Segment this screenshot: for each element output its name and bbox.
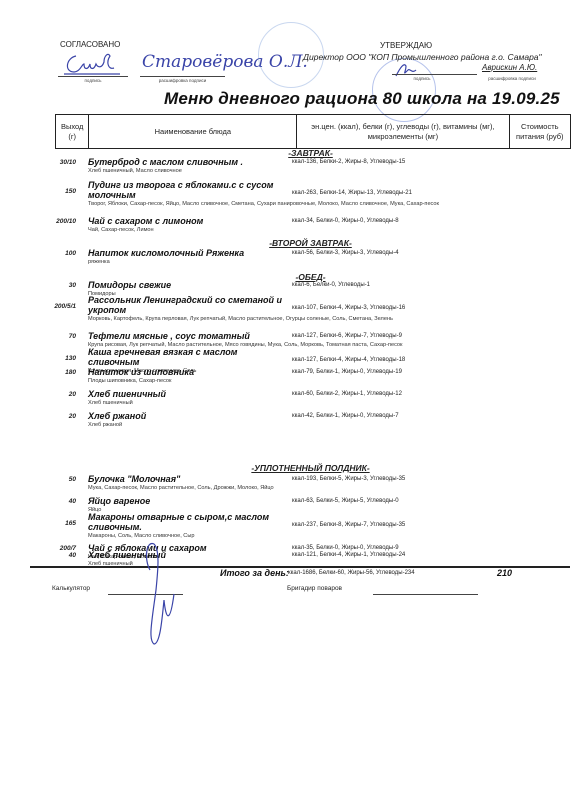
total-nutrition: ккал-1686, Белки-60, Жиры-56, Углеводы-2… <box>288 570 415 576</box>
item-nutrition: ккал-42, Белки-1, Жиры-0, Углеводы-7 <box>292 413 399 419</box>
item-nutrition: ккал-56, Белки-3, Жиры-3, Углеводы-4 <box>292 250 399 256</box>
item-dish-name: Пудинг из творога с яблоками.с с сусом м… <box>88 180 288 200</box>
item-yield: 30/10 <box>36 159 76 166</box>
item-yield: 200/5/1 <box>36 303 76 310</box>
item-yield: 50 <box>36 476 76 483</box>
approval-left-label: СОГЛАСОВАНО <box>60 40 120 49</box>
signature-right-caption: подпись <box>392 76 452 81</box>
name-left-line <box>140 76 225 77</box>
item-nutrition: ккал-121, Белки-4, Жиры-1, Углеводы-24 <box>292 552 405 558</box>
approval-right-name: Аврискин А.Ю. <box>482 63 537 72</box>
item-yield: 165 <box>36 520 76 527</box>
item-ingredients: Морковь, Картофель, Крупа перловая, Лук … <box>88 316 508 323</box>
column-header-nutrition: эн.цен. (ккал), белки (г), углеводы (г),… <box>297 115 509 149</box>
item-nutrition: ккал-127, Белки-6, Жиры-7, Углеводы-9 <box>292 333 402 339</box>
approval-right-label: УТВЕРЖДАЮ <box>380 41 432 50</box>
total-divider <box>30 566 570 568</box>
item-yield: 20 <box>36 391 76 398</box>
item-ingredients: Плоды шиповника, Сахар-песок <box>88 378 508 385</box>
item-dish-name: Яйцо вареное <box>88 496 288 506</box>
chef-signature-line <box>373 594 478 595</box>
signature-left-line <box>58 76 128 77</box>
item-nutrition: ккал-60, Белки-2, Жиры-1, Углеводы-12 <box>292 391 402 397</box>
section-heading-text: -ВТОРОЙ ЗАВТРАК- <box>269 238 352 248</box>
item-ingredients: Хлеб ржаной <box>88 422 508 429</box>
item-yield: 130 <box>36 355 76 362</box>
item-dish-name: Рассольник Ленинградский со сметаной и у… <box>88 295 288 315</box>
item-nutrition: ккал-237, Белки-8, Жиры-7, Углеводы-35 <box>292 522 405 528</box>
item-yield: 200/7 <box>36 545 76 552</box>
item-dish-name: Чай с сахаром с лимоном <box>88 216 288 226</box>
item-nutrition: ккал-6, Белки-0, Углеводы-1 <box>292 282 370 288</box>
name-right-caption: расшифровка подписи <box>478 76 546 81</box>
section-heading-text: -ЗАВТРАК- <box>288 148 333 158</box>
item-dish-name: Макароны отварные с сыром,с маслом сливо… <box>88 512 288 532</box>
item-yield: 200/10 <box>36 218 76 225</box>
item-yield: 150 <box>36 188 76 195</box>
section-heading: -УПЛОТНЕННЫЙ ПОЛДНИК- <box>0 463 581 473</box>
item-dish-name: Бутерброд с маслом сливочным . <box>88 157 288 167</box>
item-nutrition: ккал-35, Белки-0, Жиры-0, Углеводы-9 <box>292 545 399 551</box>
item-nutrition: ккал-193, Белки-5, Жиры-3, Углеводы-35 <box>292 476 405 482</box>
column-header-dish: Наименование блюда <box>89 115 297 149</box>
item-nutrition: ккал-107, Белки-4, Жиры-3, Углеводы-16 <box>292 305 405 311</box>
item-ingredients: Хлеб пшеничный, Масло сливочное <box>88 168 508 175</box>
signature-right-line <box>392 74 477 75</box>
item-dish-name: Напиток из шиповника <box>88 367 288 377</box>
section-heading-text: -ОБЕД- <box>295 272 325 282</box>
item-dish-name: Тефтели мясные , соус томатный <box>88 331 288 341</box>
item-dish-name: Помидоры свежие <box>88 280 288 290</box>
item-dish-name: Хлеб ржаной <box>88 411 288 421</box>
calculator-signature <box>140 540 180 650</box>
item-dish-name: Каша гречневая вязкая с маслом сливочным <box>88 347 288 367</box>
signature-left-caption: подпись <box>58 78 128 83</box>
section-heading-text: -УПЛОТНЕННЫЙ ПОЛДНИК- <box>251 463 369 473</box>
item-nutrition: ккал-127, Белки-4, Жиры-4, Углеводы-18 <box>292 357 405 363</box>
total-label: Итого за день: <box>220 568 289 578</box>
item-yield: 70 <box>36 333 76 340</box>
chef-label: Бригадир поваров <box>287 585 342 592</box>
item-nutrition: ккал-34, Белки-0, Жиры-0, Углеводы-8 <box>292 218 399 224</box>
signature-left <box>62 52 122 76</box>
item-yield: 100 <box>36 250 76 257</box>
item-dish-name: Булочка "Молочная" <box>88 474 288 484</box>
item-nutrition: ккал-63, Белки-5, Жиры-5, Углеводы-0 <box>292 498 399 504</box>
calculator-label: Калькулятор <box>52 585 90 592</box>
item-yield: 40 <box>36 498 76 505</box>
item-dish-name: Напиток кисломолочный Ряженка <box>88 248 288 258</box>
column-header-yield: Выход (г) <box>56 115 89 149</box>
column-header-cost: Стоимость питания (руб) <box>509 115 570 149</box>
item-yield: 40 <box>36 552 76 559</box>
approval-right-position: Директор ООО "КОП Промышленного района г… <box>303 52 542 62</box>
page-title: Меню дневного рациона 80 школа на 19.09.… <box>164 89 560 109</box>
item-nutrition: ккал-263, Белки-14, Жиры-13, Углеводы-21 <box>292 190 412 196</box>
item-ingredients: Чай, Сахар-песок, Лимон <box>88 227 508 234</box>
item-dish-name: Хлеб пшеничный <box>88 550 288 560</box>
item-ingredients: Хлеб пшеничный <box>88 400 508 407</box>
handwritten-name-left: Старовёрова О.Л. <box>142 52 262 76</box>
item-yield: 180 <box>36 369 76 376</box>
item-ingredients: Мука, Сахар-песок, Масло растительное, С… <box>88 485 508 492</box>
section-heading: -ВТОРОЙ ЗАВТРАК- <box>0 238 581 248</box>
menu-table-header: Выход (г) Наименование блюда эн.цен. (кк… <box>55 114 571 149</box>
item-ingredients: Макароны, Соль, Масло сливочное, Сыр <box>88 533 508 540</box>
name-left-caption: расшифровка подписи <box>140 78 225 83</box>
item-yield: 30 <box>36 282 76 289</box>
item-ingredients: ряженка <box>88 259 508 266</box>
item-nutrition: ккал-136, Белки-2, Жиры-8, Углеводы-15 <box>292 159 405 165</box>
total-cost: 210 <box>497 568 512 578</box>
item-dish-name: Хлеб пшеничный <box>88 389 288 399</box>
item-ingredients: Творог, Яблоки, Сахар-песок, Яйцо, Масло… <box>88 201 508 208</box>
item-nutrition: ккал-79, Белки-1, Жиры-0, Углеводы-19 <box>292 369 402 375</box>
item-yield: 20 <box>36 413 76 420</box>
